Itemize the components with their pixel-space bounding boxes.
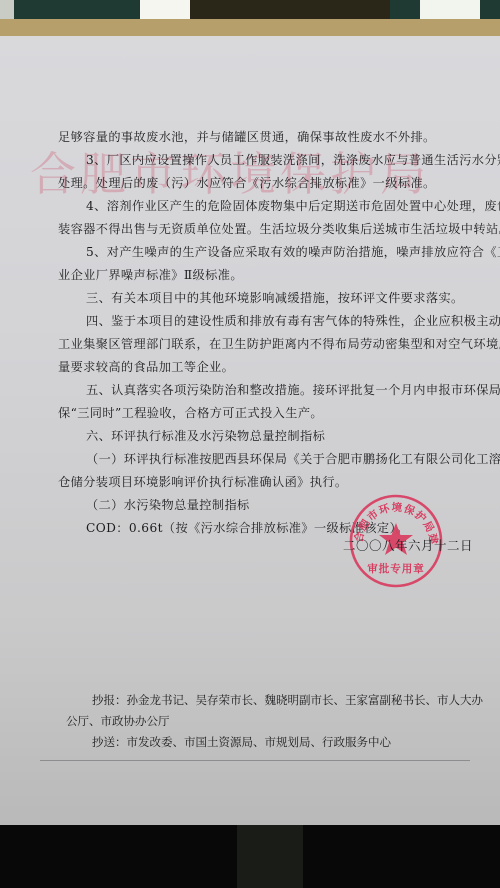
paragraph-line: 3、厂区内应设置操作人员工作服装洗涤间，洗涤废水应与普通生活污水分别: [58, 149, 466, 172]
paragraph-line: 四、鉴于本项目的建设性质和排放有毒有害气体的特殊性，企业应积极主动与: [58, 310, 466, 333]
paragraph-line: 保“三同时”工程验收，合格方可正式投入生产。: [58, 402, 466, 425]
paragraph-line: 5、对产生噪声的生产设备应采取有效的噪声防治措施，噪声排放应符合《工: [58, 241, 466, 264]
background-object: [190, 0, 390, 20]
cc-send-label: 抄送：: [92, 735, 127, 749]
paragraph-line: 处理。处理后的废（污）水应符合《污水综合排放标准》一级标准。: [58, 172, 466, 195]
section-heading: 六、环评执行标准及水污染物总量控制指标: [58, 425, 466, 448]
cc-report-line: 抄报：孙金龙书记、吴存荣市长、魏晓明副市长、王家富副秘书长、市人大办: [66, 690, 466, 711]
document-date: 二〇〇八年六月十二日: [343, 536, 473, 554]
cc-report-continuation: 公厅、市政协办公厅: [66, 711, 466, 732]
paragraph-line: 五、认真落实各项污染防治和整改措施。接环评批复一个月内申报市环保局环: [58, 379, 466, 402]
cc-report-recipients: 孙金龙书记、吴存荣市长、魏晓明副市长、王家富副秘书长、市人大办: [127, 693, 484, 707]
carbon-copy-block: 抄报：孙金龙书记、吴存荣市长、魏晓明副市长、王家富副秘书长、市人大办 公厅、市政…: [66, 690, 466, 753]
paragraph-line: 工业集聚区管理部门联系，在卫生防护距离内不得布局劳动密集型和对空气环境质: [58, 333, 466, 356]
paragraph-line: 三、有关本项目中的其他环境影响减缓措施，按环评文件要求落实。: [58, 287, 466, 310]
paragraph-line: 仓储分装项目环境影响评价执行标准确认函》执行。: [58, 471, 466, 494]
paragraph-line: 业企业厂界噪声标准》Ⅱ级标准。: [58, 264, 466, 287]
paragraph-line: （一）环评执行标准按肥西县环保局《关于合肥市鹏扬化工有限公司化工溶剂: [58, 448, 466, 471]
paragraph-line: 装容器不得出售与无资质单位处置。生活垃圾分类收集后送城市生活垃圾中转站。: [58, 218, 466, 241]
paragraph-line: 4、溶剂作业区产生的危险固体废物集中后定期送市危固处置中心处理，废包: [58, 195, 466, 218]
svg-text:审批专用章: 审批专用章: [367, 562, 425, 575]
paragraph-line: 量要求较高的食品加工等企业。: [58, 356, 466, 379]
cc-report-label: 抄报：: [92, 693, 127, 707]
cc-send-recipients: 市发改委、市国土资源局、市规划局、行政服务中心: [127, 735, 392, 749]
background-wall: [0, 0, 14, 20]
footer-divider: [40, 760, 470, 761]
document-body: 足够容量的事故废水池，并与储罐区贯通，确保事故性废水不外排。 3、厂区内应设置操…: [58, 126, 466, 540]
clipboard-edge: [0, 19, 500, 37]
paragraph-line: 足够容量的事故废水池，并与储罐区贯通，确保事故性废水不外排。: [58, 126, 466, 149]
window-light: [140, 0, 190, 20]
background-object: [237, 825, 303, 888]
cc-send-line: 抄送：市发改委、市国土资源局、市规划局、行政服务中心: [66, 732, 466, 753]
